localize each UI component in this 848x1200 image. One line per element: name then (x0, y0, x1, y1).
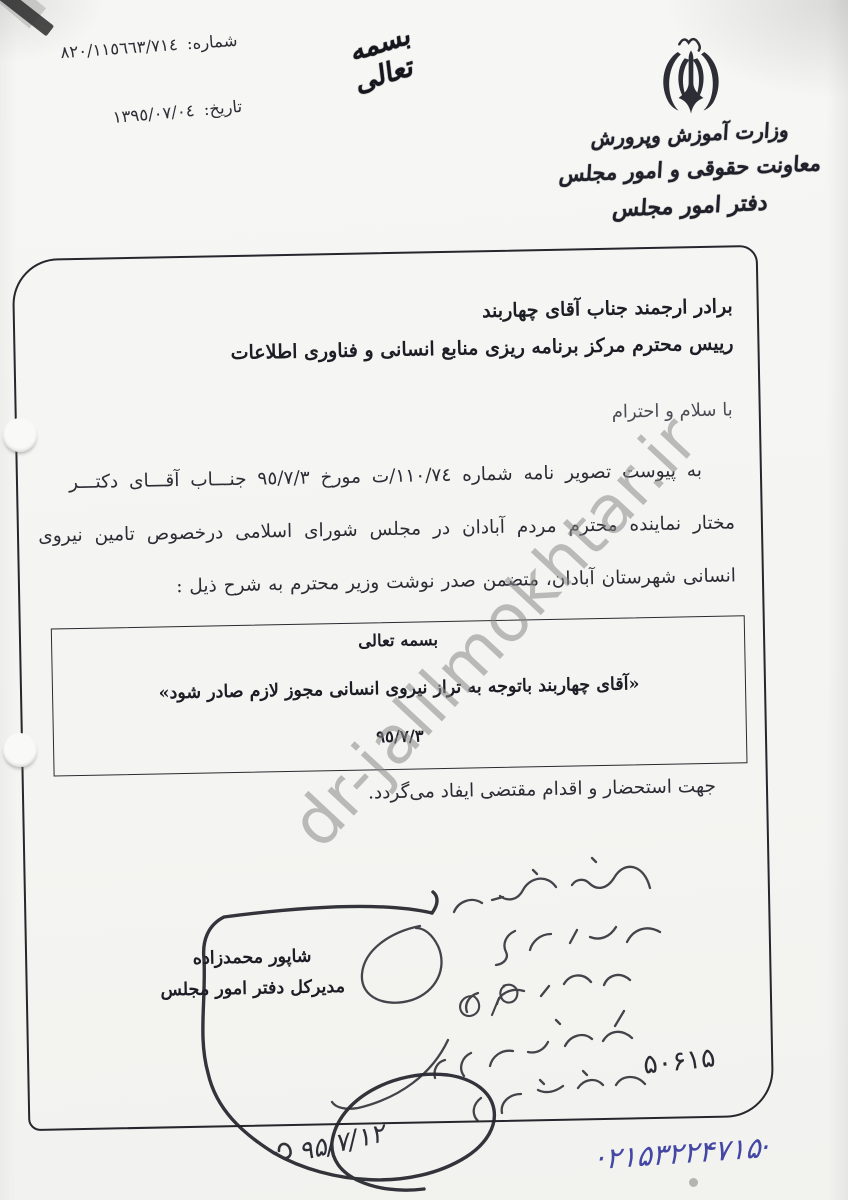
letterhead-ministry: وزارت آموزش وپرورش (555, 116, 824, 152)
closing-line: جهت استحضار و اقدام مقتضی ایفاد می‌گردد. (368, 776, 716, 804)
handwritten-note-line-5 (474, 1077, 645, 1121)
letter-number-line: شماره: ٨٢٠/١١٥٦٦٣/٧١٤ (27, 31, 238, 65)
letterhead-deputy: معاونت حقوقی و امور مجلس (555, 150, 824, 187)
letter-date-line: تاریخ: ١٣٩٥/٠٧/٠٤ (32, 97, 243, 134)
addressee-name-line: برادر ارجمند جناب آقای چهاربند (482, 295, 733, 322)
note-besmele: بسمه تعالی (52, 624, 744, 656)
letter-meta-block: شماره: ٨٢٠/١١٥٦٦٣/٧١٤ تاریخ: ١٣٩٥/٠٧/٠٤ (27, 31, 243, 132)
letterhead-office: دفتر امور مجلس (555, 187, 824, 225)
handwritten-note-line-3 (466, 975, 630, 1012)
handwritten-note-line-2 (496, 927, 660, 965)
iran-emblem-icon (652, 34, 730, 120)
punch-hole-bottom (3, 733, 37, 767)
punch-hole-top (3, 418, 37, 452)
letter-number-value: ٨٢٠/١١٥٦٦٣/٧١٤ (60, 35, 179, 62)
handwritten-note-line-4 (434, 1032, 632, 1078)
scan-dot-artifact (689, 1178, 698, 1187)
handwritten-note-swoosh (332, 1040, 448, 1109)
addressee-title-line: رییس محترم مرکز برنامه ریزی منابع انسانی… (230, 332, 733, 364)
letter-date-label: تاریخ: (203, 97, 243, 119)
scan-streak-top-left (0, 0, 54, 36)
handwritten-note-circle (362, 926, 442, 1003)
letter-date-value: ١٣٩٥/٠٧/٠٤ (112, 101, 195, 127)
handwritten-note-line-1 (454, 867, 650, 912)
scanned-letter-page: شماره: ٨٢٠/١١٥٦٦٣/٧١٤ تاریخ: ١٣٩٥/٠٧/٠٤ … (0, 0, 848, 1200)
blue-pen-number: ·۲۱۵۳۲۲۴۷۱۵· (596, 1130, 770, 1176)
besmele-calligraphy: بسمه تعالی (317, 9, 449, 109)
letter-number-label: شماره: (186, 31, 238, 53)
handwritten-note (320, 840, 680, 1130)
body-line-3: انسانی شهرستان آبادان، متضمن صدر نوشت وز… (176, 565, 736, 597)
